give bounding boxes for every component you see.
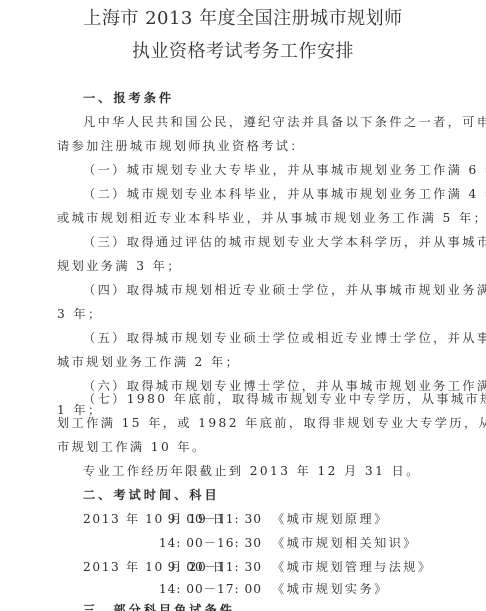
experience-cutoff-note: 专业工作经历年限截止到 2013 年 12 月 31 日。: [83, 463, 421, 479]
intro-line-1: 凡中华人民共和国公民，遵纪守法并具备以下条件之一者，可申: [83, 114, 486, 130]
schedule-time: 9: 00－11: 30: [142, 511, 262, 527]
section-3-heading: 三、部分科目免试条件: [83, 602, 235, 611]
condition-2-line-2: 或城市规划相近专业本科毕业，并从事城市规划业务工作满 5 年；: [57, 210, 486, 226]
document-title-line-1: 上海市 2013 年度全国注册城市规划师: [0, 4, 486, 30]
condition-5-line-1: （五）取得城市规划专业硕士学位或相近专业博士学位，并从事: [83, 330, 486, 346]
schedule-subject: 《城市规划管理与法规》: [272, 559, 432, 575]
schedule-time: 14: 00－16: 30: [142, 535, 262, 551]
condition-4-line-2: 3 年；: [57, 306, 103, 322]
schedule-time: 9: 00－11: 30: [142, 559, 262, 575]
condition-5-line-2: 城市规划业务工作满 2 年；: [57, 354, 240, 370]
schedule-subject: 《城市规划原理》: [272, 511, 389, 527]
condition-4-line-1: （四）取得城市规划相近专业硕士学位，并从事城市规划业务满: [83, 282, 486, 298]
schedule-subject: 《城市规划相关知识》: [272, 535, 418, 551]
schedule-time: 14: 00－17: 00: [142, 581, 262, 597]
condition-7-line-2: 划工作满 15 年，或 1982 年底前，取得非规划专业大专学历，从事城: [57, 415, 486, 431]
condition-3-line-2: 规划业务满 3 年；: [57, 258, 182, 274]
condition-1-line-1: （一）城市规划专业大专毕业，并从事城市规划业务工作满 6 年；: [83, 162, 486, 178]
condition-7-line-1: （七）1980 年底前，取得城市规划专业中专学历，从事城市规: [83, 391, 486, 407]
condition-3-line-1: （三）取得通过评估的城市规划专业大学本科学历，并从事城市: [83, 234, 486, 250]
condition-2-line-1: （二）城市规划专业本科毕业，并从事城市规划业务工作满 4 年；: [83, 186, 486, 202]
document-title-line-2: 执业资格考试考务工作安排: [0, 37, 486, 63]
condition-7-line-3: 市规划工作满 10 年。: [57, 439, 207, 455]
intro-line-2: 请参加注册城市规划师执业资格考试：: [57, 138, 305, 154]
schedule-subject: 《城市规划实务》: [272, 581, 389, 597]
section-2-heading: 二、考试时间、科目: [83, 487, 220, 503]
section-1-heading: 一、报考条件: [83, 90, 174, 106]
